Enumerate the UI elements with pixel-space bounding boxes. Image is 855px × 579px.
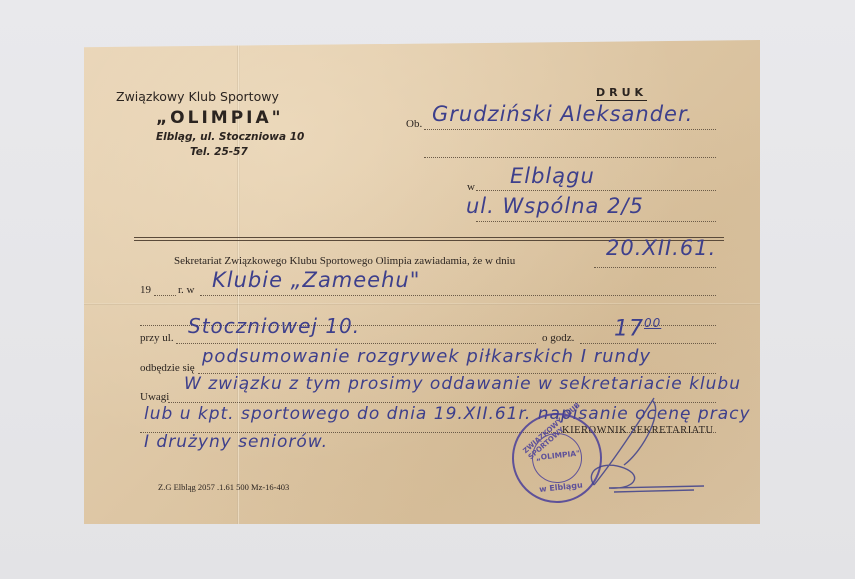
przy-ul-label: przy ul. bbox=[140, 332, 174, 344]
letterhead-club-type: Związkowy Klub Sportowy bbox=[116, 89, 279, 104]
notes-line-3: I drużyny seniorów. bbox=[144, 432, 328, 452]
meeting-date: 20.XII.61. bbox=[606, 236, 716, 260]
ob-label: Ob. bbox=[406, 118, 422, 130]
meeting-time-hour: 17 bbox=[614, 316, 644, 341]
odbedzie-label: odbędzie się bbox=[140, 362, 195, 374]
meeting-time: 1700 bbox=[614, 316, 661, 341]
city-dotted-line bbox=[476, 190, 716, 191]
intro-text: Sekretariat Związkowego Klubu Sportowego… bbox=[174, 255, 515, 267]
druk-label: DRUK bbox=[596, 86, 647, 101]
o-godz-label: o godz. bbox=[542, 332, 574, 344]
signature-scribble bbox=[554, 390, 724, 500]
year-prefix: 19 bbox=[140, 284, 151, 296]
event-description: podsumowanie rozgrywek piłkarskich I run… bbox=[202, 346, 651, 367]
uwagi-label: Uwagi bbox=[140, 391, 169, 403]
dotted-line-2 bbox=[424, 157, 716, 158]
w-label: w bbox=[467, 181, 475, 193]
recipient-name: Grudziński Aleksander. bbox=[432, 102, 693, 126]
document-sheet: Związkowy Klub Sportowy „OLIMPIA" Elbląg… bbox=[84, 40, 760, 524]
meeting-time-minutes: 00 bbox=[644, 316, 661, 330]
letterhead-phone: Tel. 25-57 bbox=[190, 146, 248, 158]
print-code: Z.G Elbląg 2057 .1.61 500 Mz-16-403 bbox=[158, 482, 289, 492]
date-dotted-line bbox=[594, 267, 716, 268]
letterhead-address: Elbląg, ul. Stoczniowa 10 bbox=[156, 131, 304, 143]
fold-crease-horizontal bbox=[84, 303, 760, 305]
recipient-city: Elblągu bbox=[510, 164, 595, 188]
meeting-street: Stoczniowej 10. bbox=[188, 314, 360, 338]
recipient-street: ul. Wspólna 2/5 bbox=[466, 194, 644, 218]
r-w-label: r. w bbox=[178, 284, 195, 296]
ob-dotted-line bbox=[424, 129, 716, 130]
meeting-place: Klubie „Zameehu" bbox=[212, 268, 420, 292]
street-meeting-dotted-line bbox=[176, 343, 536, 344]
time-dotted-line bbox=[580, 343, 716, 344]
year-dotted-line bbox=[154, 295, 176, 296]
place-dotted-line bbox=[200, 295, 716, 296]
letterhead-club-name: „OLIMPIA" bbox=[156, 108, 284, 128]
street-dotted-line bbox=[476, 221, 716, 222]
